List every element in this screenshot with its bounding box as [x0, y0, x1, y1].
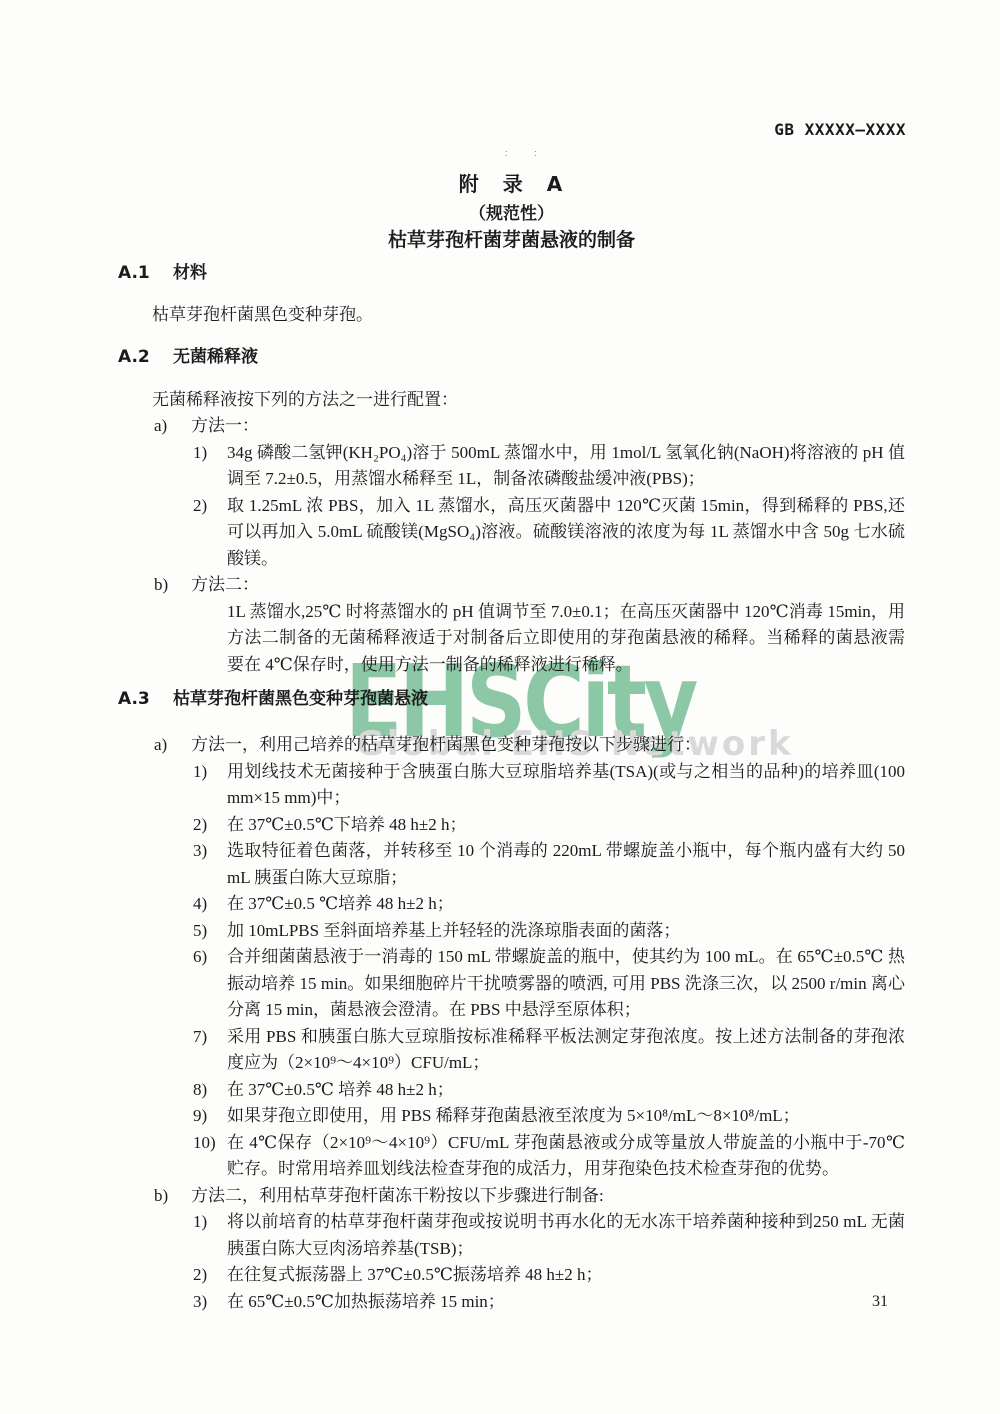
section-a2-number: A.2 [118, 345, 173, 369]
list-item-label: 2) [193, 812, 227, 839]
list-item: a) 方法一： [118, 413, 905, 440]
document-content: 附 录 A （规范性） 枯草芽孢杆菌芽菌悬液的制备 A.1材料 枯草芽孢杆菌黑色… [118, 0, 905, 1315]
normative-label: （规范性） [118, 203, 905, 225]
document-page: EHSCity Global EHS Network GB XXXXX—XXXX… [0, 0, 1000, 1414]
list-item: a) 方法一，利用己培养的枯草芽孢杆菌黑色变种芽孢按以下步骤进行： [118, 732, 905, 759]
list-item: 2) 在往复式振荡器上 37℃±0.5℃振荡培养 48 h±2 h； [118, 1262, 905, 1289]
list-item-text: 在 37℃±0.5℃下培养 48 h±2 h； [227, 812, 905, 839]
list-item: 1) 用划线技术无菌接种于含胰蛋白胨大豆琼脂培养基(TSA)(或与之相当的品种)… [118, 759, 905, 812]
list-item-label: 2) [193, 1262, 227, 1289]
list-item-label: a) [154, 413, 191, 440]
section-a1-paragraph: 枯草芽孢杆菌黑色变种芽孢。 [152, 302, 905, 329]
list-item-label: 6) [193, 944, 227, 1024]
list-item: 7) 采用 PBS 和胰蛋白胨大豆琼脂按标准稀释平板法测定芽孢浓度。按上述方法制… [118, 1024, 905, 1077]
section-a2-heading: A.2无菌稀释液 [118, 345, 905, 369]
list-item-label: 5) [193, 918, 227, 945]
list-item-text: 在 37℃±0.5 ℃培养 48 h±2 h； [227, 891, 905, 918]
section-a2-intro: 无菌稀释液按下列的方法之一进行配置： [152, 387, 905, 414]
list-item: b) 方法二，利用枯草芽孢杆菌冻干粉按以下步骤进行制备: [118, 1183, 905, 1210]
list-item-text: 加 10mLPBS 至斜面培养基上并轻轻的洗涤琼脂表面的菌落； [227, 918, 905, 945]
list-item-text: 方法二： [191, 572, 905, 599]
section-a1-title: 材料 [173, 263, 207, 283]
list-item-label: a) [154, 732, 191, 759]
list-item-text: 在往复式振荡器上 37℃±0.5℃振荡培养 48 h±2 h； [227, 1262, 905, 1289]
list-item-label: 3) [193, 838, 227, 891]
list-item-text: 34g 磷酸二氢钾(KH₂PO₄)溶于 500mL 蒸馏水中，用 1mol/L … [227, 440, 905, 493]
section-a3-heading: A.3枯草芽孢杆菌黑色变种芽孢菌悬液 [118, 687, 905, 711]
section-a3-title: 枯草芽孢杆菌黑色变种芽孢菌悬液 [173, 689, 428, 709]
list-item: 1) 34g 磷酸二氢钾(KH₂PO₄)溶于 500mL 蒸馏水中，用 1mol… [118, 440, 905, 493]
list-item-text: 合并细菌菌悬液于一消毒的 150 mL 带螺旋盖的瓶中，使其约为 100 mL。… [227, 944, 905, 1024]
appendix-title: 附 录 A [118, 172, 905, 196]
document-title: 枯草芽孢杆菌芽菌悬液的制备 [118, 228, 905, 252]
list-item-label: 7) [193, 1024, 227, 1077]
list-item: 2) 在 37℃±0.5℃下培养 48 h±2 h； [118, 812, 905, 839]
list-item-text: 在 4℃保存（2×10⁹～4×10⁹）CFU/mL 芽孢菌悬液或分成等量放人带旋… [227, 1130, 905, 1183]
list-item-label: 4) [193, 891, 227, 918]
list-item-text: 用划线技术无菌接种于含胰蛋白胨大豆琼脂培养基(TSA)(或与之相当的品种)的培养… [227, 759, 905, 812]
section-a2-title: 无菌稀释液 [173, 347, 258, 367]
list-item: 10) 在 4℃保存（2×10⁹～4×10⁹）CFU/mL 芽孢菌悬液或分成等量… [118, 1130, 905, 1183]
list-item-label: 1) [193, 1209, 227, 1262]
list-item-text: 方法一，利用己培养的枯草芽孢杆菌黑色变种芽孢按以下步骤进行： [191, 732, 905, 759]
list-item: 2) 取 1.25mL 浓 PBS，加入 1L 蒸馏水，高压灭菌器中 120℃灭… [118, 493, 905, 573]
list-item-label: 2) [193, 493, 227, 573]
list-item-label: 9) [193, 1103, 227, 1130]
standard-number: GB XXXXX—XXXX [774, 120, 906, 139]
list-item-text: 将以前培育的枯草芽孢杆菌芽孢或按说明书再水化的无水冻干培养菌种接种到250 mL… [227, 1209, 905, 1262]
list-item: 5) 加 10mLPBS 至斜面培养基上并轻轻的洗涤琼脂表面的菌落； [118, 918, 905, 945]
list-item-label: 3) [193, 1289, 227, 1316]
list-item: 9) 如果芽孢立即使用，用 PBS 稀释芽孢菌悬液至浓度为 5×10⁸/mL～8… [118, 1103, 905, 1130]
section-a2-method2-paragraph: 1L 蒸馏水,25℃ 时将蒸馏水的 pH 值调节至 7.0±0.1；在高压灭菌器… [227, 599, 905, 679]
list-item: 1) 将以前培育的枯草芽孢杆菌芽孢或按说明书再水化的无水冻干培养菌种接种到250… [118, 1209, 905, 1262]
list-item-label: b) [154, 1183, 191, 1210]
list-item-text: 取 1.25mL 浓 PBS，加入 1L 蒸馏水，高压灭菌器中 120℃灭菌 1… [227, 493, 905, 573]
stray-marks: ∶ ∶ [505, 149, 549, 160]
list-item: 6) 合并细菌菌悬液于一消毒的 150 mL 带螺旋盖的瓶中，使其约为 100 … [118, 944, 905, 1024]
list-item: b) 方法二： [118, 572, 905, 599]
list-item-text: 如果芽孢立即使用，用 PBS 稀释芽孢菌悬液至浓度为 5×10⁸/mL～8×10… [227, 1103, 905, 1130]
list-item: 8) 在 37℃±0.5℃ 培养 48 h±2 h； [118, 1077, 905, 1104]
section-a1-number: A.1 [118, 261, 173, 285]
list-item-label: 10) [193, 1130, 227, 1183]
list-item-label: b) [154, 572, 191, 599]
list-item-label: 1) [193, 440, 227, 493]
list-item-text: 选取特征着色菌落，并转移至 10 个消毒的 220mL 带螺旋盖小瓶中，每个瓶内… [227, 838, 905, 891]
list-item-text: 方法一： [191, 413, 905, 440]
page-number: 31 [872, 1293, 888, 1311]
list-item-label: 8) [193, 1077, 227, 1104]
list-item: 3) 在 65℃±0.5℃加热振荡培养 15 min； [118, 1289, 905, 1316]
list-item-text: 方法二，利用枯草芽孢杆菌冻干粉按以下步骤进行制备: [191, 1183, 905, 1210]
list-item: 3) 选取特征着色菌落，并转移至 10 个消毒的 220mL 带螺旋盖小瓶中，每… [118, 838, 905, 891]
list-item-text: 采用 PBS 和胰蛋白胨大豆琼脂按标准稀释平板法测定芽孢浓度。按上述方法制备的芽… [227, 1024, 905, 1077]
list-item-text: 在 65℃±0.5℃加热振荡培养 15 min； [227, 1289, 905, 1316]
list-item: 4) 在 37℃±0.5 ℃培养 48 h±2 h； [118, 891, 905, 918]
list-item-label: 1) [193, 759, 227, 812]
section-a1-heading: A.1材料 [118, 261, 905, 285]
section-a3-number: A.3 [118, 687, 173, 711]
list-item-text: 在 37℃±0.5℃ 培养 48 h±2 h； [227, 1077, 905, 1104]
